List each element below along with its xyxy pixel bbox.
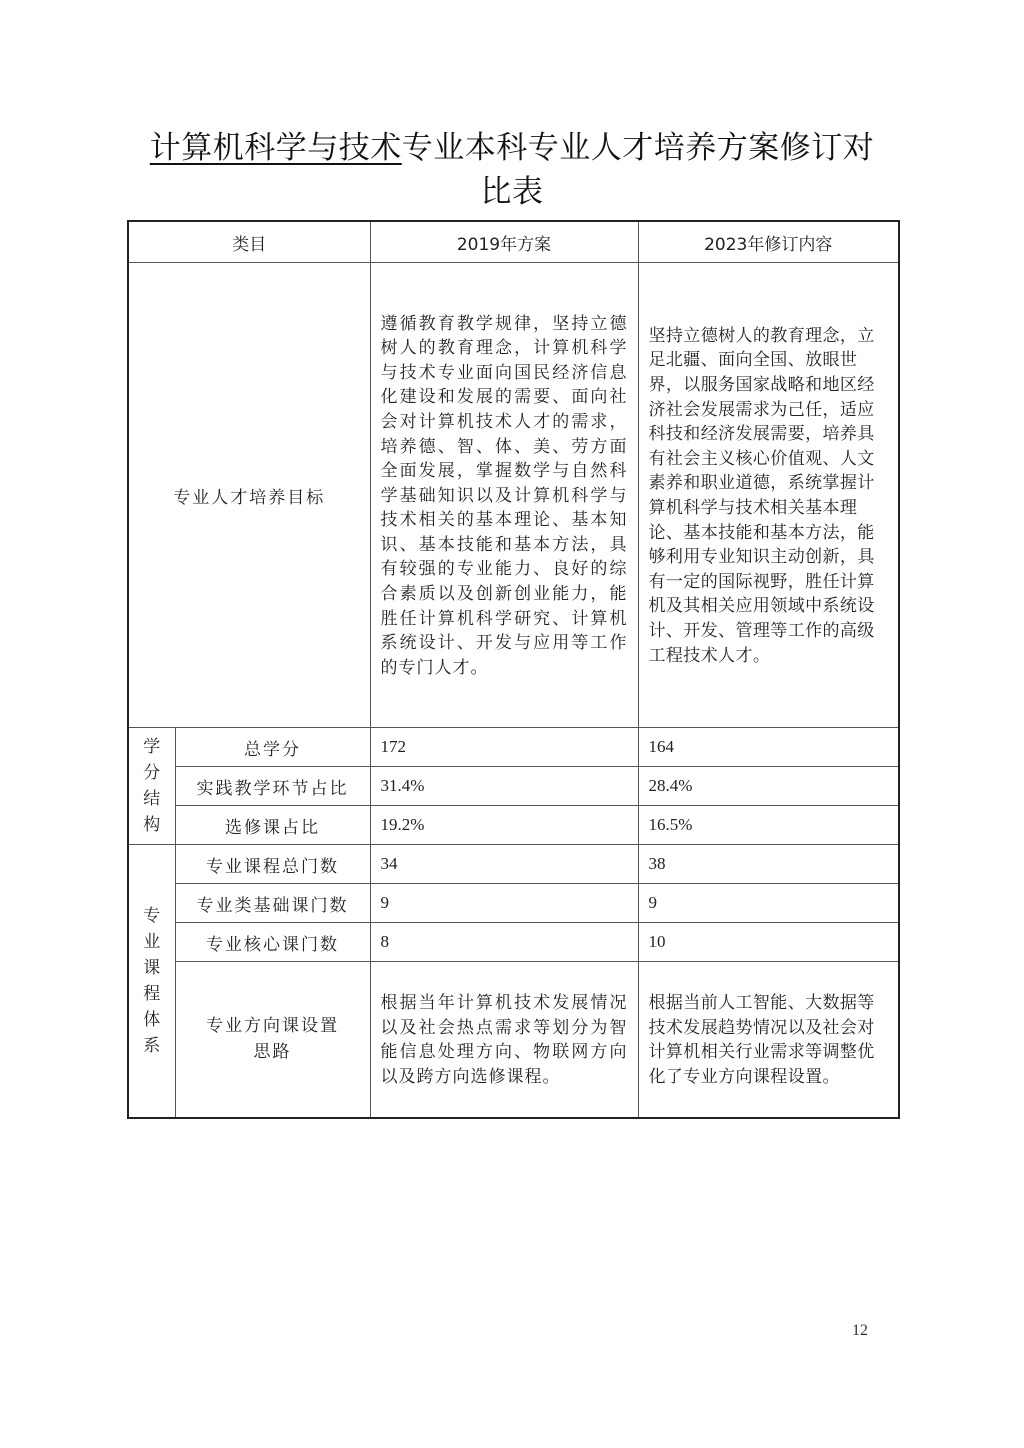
- header-2023-revision: 2023年修订内容: [638, 221, 899, 263]
- credit-structure-group-label: 学 分 结 构: [128, 728, 175, 845]
- row-label: 实践教学环节占比: [175, 767, 370, 806]
- value-2023: 9: [638, 884, 899, 923]
- table-row: 专 业 课 程 体 系 专业课程总门数 34 38: [128, 845, 899, 884]
- value-2019: 172: [370, 728, 638, 767]
- goal-2019-text: 遵循教育教学规律，坚持立德树人的教育理念，计算机科学与技术专业面向国民经济信息化…: [370, 263, 638, 728]
- value-2023: 16.5%: [638, 806, 899, 845]
- course-system-group-label: 专 业 课 程 体 系: [128, 845, 175, 1118]
- goal-2023-text: 坚持立德树人的教育理念，立足北疆、面向全国、放眼世界，以服务国家战略和地区经济社…: [638, 263, 899, 728]
- value-2019: 8: [370, 923, 638, 962]
- row-label: 专业核心课门数: [175, 923, 370, 962]
- value-2023: 38: [638, 845, 899, 884]
- value-2019: 34: [370, 845, 638, 884]
- row-label: 专业类基础课门数: [175, 884, 370, 923]
- table-row: 专业核心课门数 8 10: [128, 923, 899, 962]
- value-2019: 9: [370, 884, 638, 923]
- table-header-row: 类目 2019年方案 2023年修订内容: [128, 221, 899, 263]
- table-row: 学 分 结 构 总学分 172 164: [128, 728, 899, 767]
- direction-2023-text: 根据当前人工智能、大数据等技术发展趋势情况以及社会对计算机相关行业需求等调整优化…: [638, 962, 899, 1118]
- value-2023: 164: [638, 728, 899, 767]
- row-label: 专业课程总门数: [175, 845, 370, 884]
- table-row: 专业类基础课门数 9 9: [128, 884, 899, 923]
- document-title: 计算机科学与技术专业本科专业人才培养方案修订对 比表: [120, 126, 904, 214]
- header-2019-plan: 2019年方案: [370, 221, 638, 263]
- direction-2019-text: 根据当年计算机技术发展情况以及社会热点需求等划分为智能信息处理方向、物联网方向以…: [370, 962, 638, 1118]
- table-row: 选修课占比 19.2% 16.5%: [128, 806, 899, 845]
- title-rest: 专业本科专业人才培养方案修订对: [402, 130, 875, 166]
- value-2019: 19.2%: [370, 806, 638, 845]
- goal-label: 专业人才培养目标: [128, 263, 370, 728]
- table-row: 实践教学环节占比 31.4% 28.4%: [128, 767, 899, 806]
- title-underlined-major: 计算机科学与技术: [150, 130, 402, 166]
- value-2023: 28.4%: [638, 767, 899, 806]
- header-category: 类目: [128, 221, 370, 263]
- title-line2: 比表: [481, 174, 544, 210]
- direction-label: 专业方向课设置 思路: [175, 962, 370, 1118]
- comparison-table: 类目 2019年方案 2023年修订内容 专业人才培养目标 遵循教育教学规律，坚…: [127, 220, 900, 1119]
- table-row-goal: 专业人才培养目标 遵循教育教学规律，坚持立德树人的教育理念，计算机科学与技术专业…: [128, 263, 899, 728]
- value-2023: 10: [638, 923, 899, 962]
- value-2019: 31.4%: [370, 767, 638, 806]
- row-label: 选修课占比: [175, 806, 370, 845]
- table-row-direction: 专业方向课设置 思路 根据当年计算机技术发展情况以及社会热点需求等划分为智能信息…: [128, 962, 899, 1118]
- page-number: 12: [852, 1322, 868, 1340]
- row-label: 总学分: [175, 728, 370, 767]
